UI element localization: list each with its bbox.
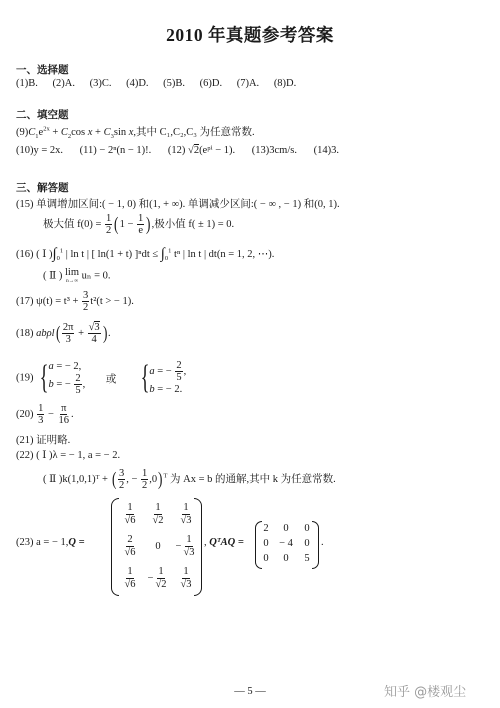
qtaq-label: , QᵀAQ = [204,537,244,548]
answer-10: (10)y = 2x. [16,145,63,156]
answer-14: (14)3. [314,145,339,156]
answer-18: (18) abρl(2π3 + √34). [16,322,111,345]
answer-17: (17) ψ(t) = t³ + 32t²(t > − 1). [16,290,134,313]
answer-13: (13)3cm/s. [252,145,297,156]
answer-11: (11) − 2ⁿ(n − 1)!. [80,145,152,156]
answer-6: (6)D. [200,78,222,89]
answer-5: (5)B. [163,78,185,89]
answer-8: (8)D. [274,78,296,89]
section-heading-fill: 二、填空题 [16,107,69,122]
q-matrix: 1√6 1√2 1√3 2√6 0 −1√3 1√6 −1√2 1√3 [116,498,200,594]
q-matrix-right-paren [194,498,202,596]
watermark: 知乎 @楼观尘 [384,681,466,700]
answer-12: (12) √2(eᵖⁱ − 1). [168,145,235,156]
choice-answers: (1)B. (2)A. (3)C. (4)D. (5)B. (6)D. (7)A… [16,78,296,89]
answer-3: (3)C. [90,78,112,89]
answer-4: (4)D. [126,78,148,89]
answer-2: (2)A. [53,78,75,89]
answer-9: (9)C1e2x + C2cos x + C3sin x,其中 C₁,C₂,C₃… [16,124,255,139]
answer-21: (21) 证明略. [16,432,70,447]
answer-20: (20) 13 − π16. [16,403,74,426]
answer-23-label: (23) a = − 1,Q = [16,537,85,548]
d-matrix: 2 0 0 0 − 4 0 0 0 5 [258,521,316,567]
d-matrix-right-paren [312,521,319,569]
answer-19: (19) { a = − 2, b = − 25, 或 { a = − 25, … [16,360,186,396]
answer-16-part2: ( Ⅱ ) limn→∞ uₙ = 0. [43,268,111,284]
answer-16-part1: (16) ( Ⅰ )∫01 | ln t | [ ln(1 + t) ]ⁿdt … [16,246,274,263]
section-heading-choice: 一、选择题 [16,62,69,77]
answer-1: (1)B. [16,78,38,89]
answer-23-period: . [321,537,324,548]
answer-22-part1: (22) ( Ⅰ )λ = − 1, a = − 2. [16,449,120,461]
answer-22-part2: ( Ⅱ )k(1,0,1)ᵀ + (32, − 12,0)T 为 Ax = b … [43,468,336,491]
answers-10-14: (10)y = 2x. (11) − 2ⁿ(n − 1)!. (12) √2(e… [16,144,339,156]
answer-7: (7)A. [237,78,259,89]
answer-15-line2: 极大值 f(0) = 12(1 − 1e),极小值 f( ± 1) = 0. [43,213,234,236]
page-title: 2010 年真题参考答案 [0,22,500,47]
section-heading-answer: 三、解答题 [16,180,69,195]
answer-15-line1: (15) 单调增加区间:( − 1, 0) 和(1, + ∞). 单调减少区间:… [16,196,340,211]
